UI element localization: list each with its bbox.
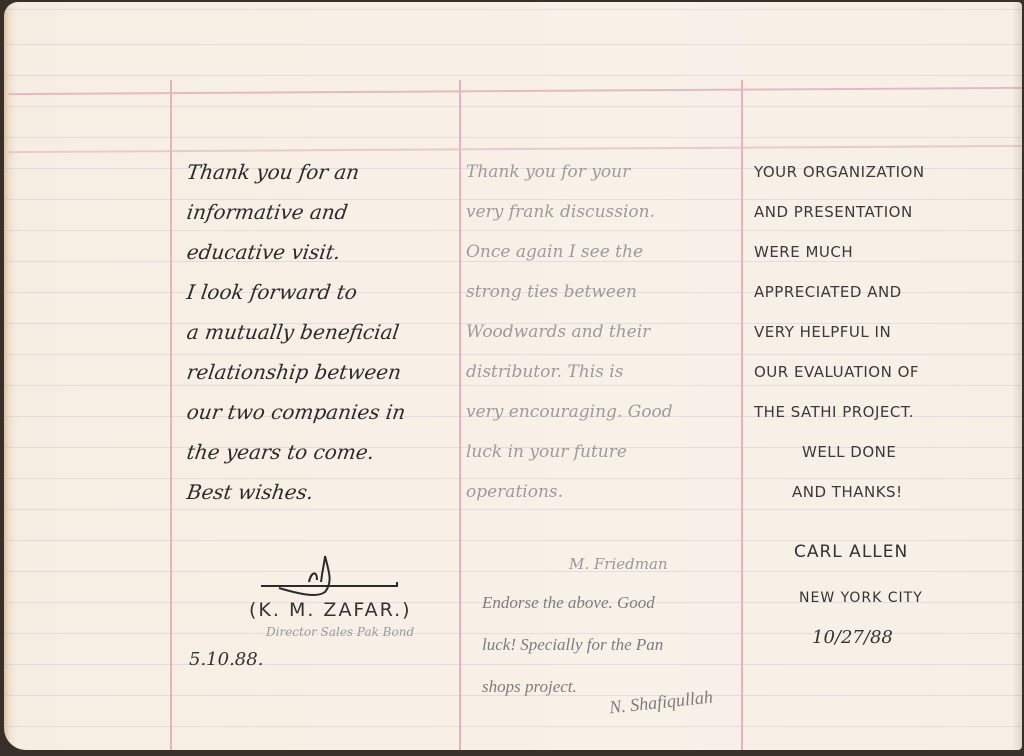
entry-zafar: Thank you for an informative and educati… (187, 152, 457, 512)
entry-line: very encouraging. Good (466, 392, 741, 432)
column-divider-margin (170, 80, 172, 750)
entry-line: very frank discussion. (466, 192, 741, 232)
entry-line: I look forward to (184, 272, 460, 312)
entry-line: Thank you for your (466, 152, 741, 192)
signature-friedman: M. Friedman (569, 555, 668, 573)
entry-line: Best wishes. (184, 472, 460, 512)
entry-line: strong ties between (466, 272, 741, 312)
guest-book-page: Thank you for an informative and educati… (4, 2, 1022, 750)
entry-line: OUR EVALUATION OF (754, 352, 1019, 392)
entry-line: our two companies in (184, 392, 460, 432)
entry-line: informative and (184, 192, 460, 232)
entry-line: relationship between (184, 352, 460, 392)
entry-line: distributor. This is (466, 352, 741, 392)
entry-line: THE SATHI PROJECT. (754, 392, 1019, 432)
entry-date: 10/27/88 (812, 627, 893, 648)
entry-line: Thank you for an (184, 152, 460, 192)
entry-line: AND THANKS! (754, 472, 1019, 512)
entry-line: AND PRESENTATION (754, 192, 1019, 232)
entry-line: Endorse the above. Good (482, 582, 742, 624)
entry-line: APPRECIATED AND (754, 272, 1019, 312)
signature-name: (K. M. ZAFAR.) (249, 599, 412, 621)
entry-line: VERY HELPFUL IN (754, 312, 1019, 352)
entry-line: WELL DONE (754, 432, 1019, 472)
guest-book: Thank you for an informative and educati… (0, 0, 1024, 756)
column-divider-1 (459, 80, 461, 750)
entry-line: luck! Specially for the Pan (482, 624, 742, 666)
entry-line: a mutually beneficial (184, 312, 460, 352)
entry-allen: YOUR ORGANIZATION AND PRESENTATION WERE … (754, 152, 1019, 512)
entry-friedman: Thank you for your very frank discussion… (466, 152, 741, 512)
signature-title: Director Sales Pak Bond (266, 625, 414, 639)
signature-allen: CARL ALLEN (794, 542, 908, 562)
entry-line: Once again I see the (466, 232, 741, 272)
entry-line: operations. (466, 472, 741, 512)
entry-line: Woodwards and their (466, 312, 741, 352)
entry-line: YOUR ORGANIZATION (754, 152, 1019, 192)
entry-line: educative visit. (184, 232, 460, 272)
signature-mark-icon (259, 552, 399, 602)
signature-location: NEW YORK CITY (799, 590, 923, 606)
entry-line: the years to come. (184, 432, 460, 472)
entry-date: 5.10.88. (189, 649, 263, 670)
entry-line: luck in your future (466, 432, 741, 472)
entry-line: WERE MUCH (754, 232, 1019, 272)
